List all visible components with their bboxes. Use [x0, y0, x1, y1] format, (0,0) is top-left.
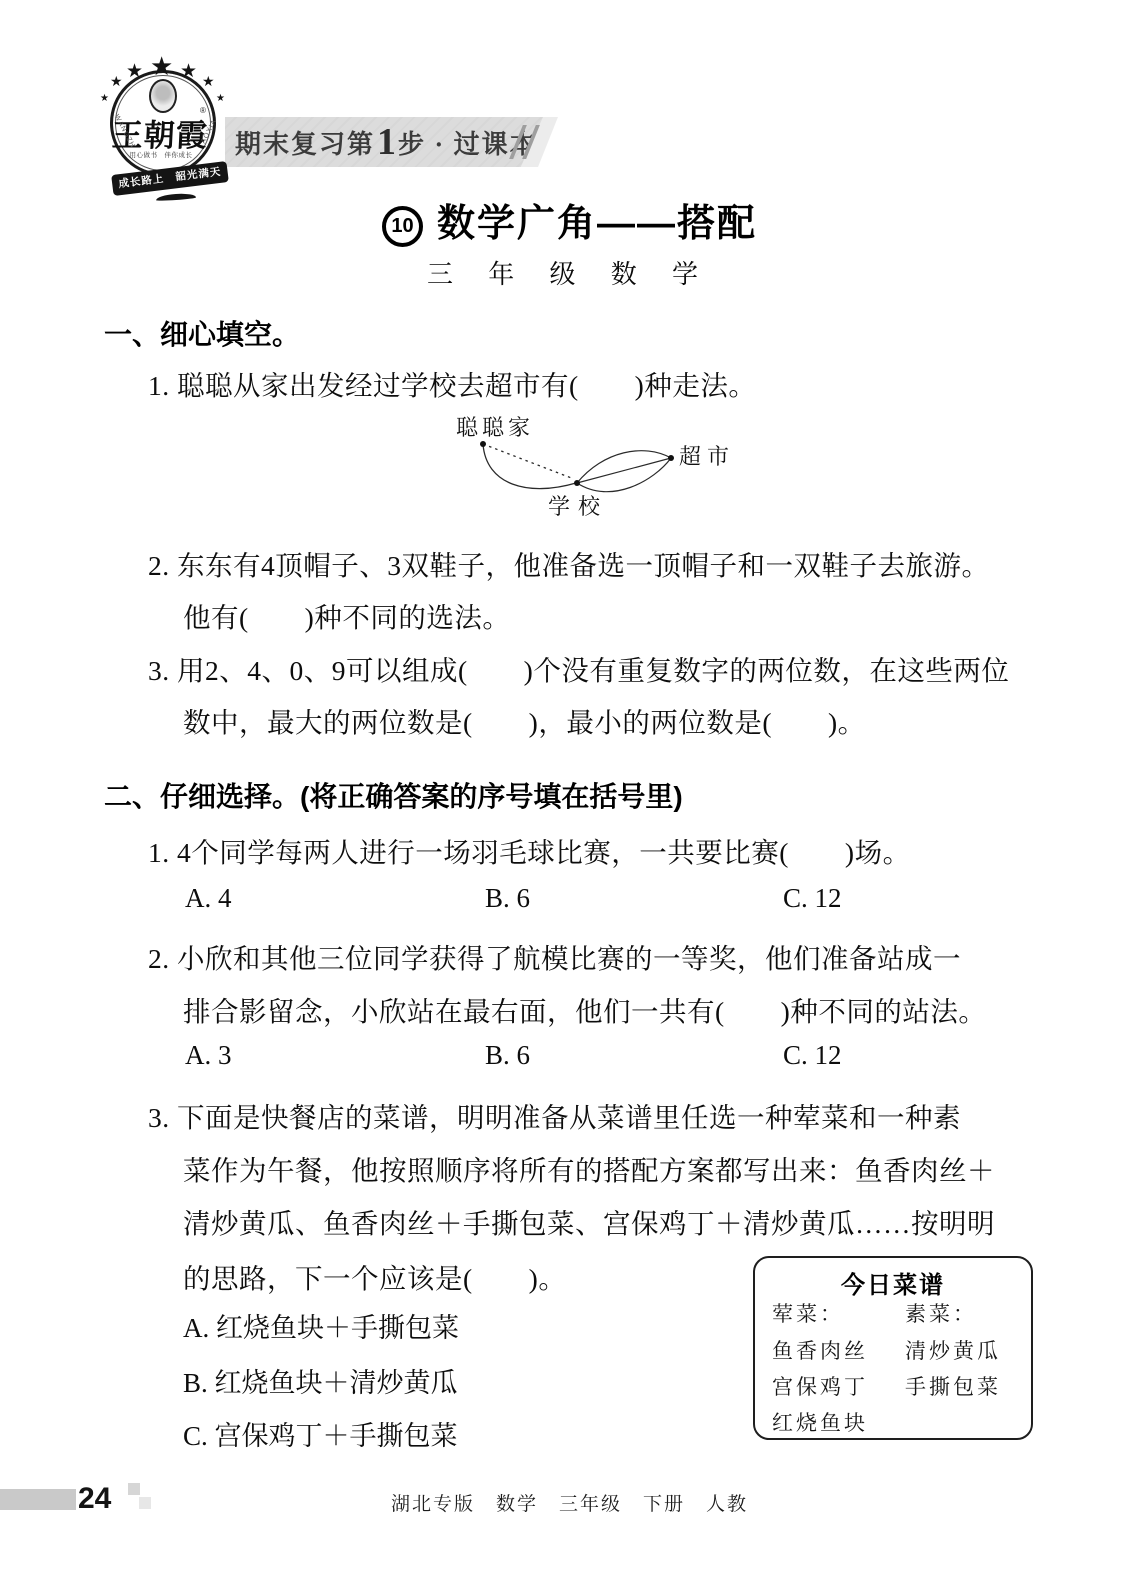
- banner-text-pre: 期末复习第: [235, 124, 375, 161]
- star-icon: ★: [150, 54, 173, 80]
- s2-q1-choice-a: A. 4: [185, 883, 232, 914]
- home-node: [480, 441, 486, 447]
- s1-question-3-line2: 数中，最大的两位数是( )，最小的两位数是( )。: [183, 700, 866, 740]
- page-subtitle: 三 年 级 数 学: [0, 254, 1139, 291]
- s2-q3-option-a: A. 红烧鱼块＋手撕包菜: [183, 1306, 459, 1345]
- menu-left-header: 荤菜：: [772, 1298, 844, 1328]
- menu-right-header: 素菜：: [905, 1298, 977, 1328]
- s2-q3-option-c: C. 宫保鸡丁＋手撕包菜: [183, 1414, 458, 1453]
- star-icon: ★: [110, 76, 123, 90]
- lesson-number-badge: 10: [382, 206, 423, 247]
- star-icon: ★: [126, 62, 143, 81]
- publisher-logo: ★ ★ ★ ★ ★ ★ ★ 王朝霞 ® 用心做书 伴你成长 WANGZH AOX…: [104, 62, 244, 212]
- s2-q2-choice-c: C. 12: [783, 1040, 842, 1071]
- s2-question-3-line2: 菜作为午餐，他按照顺序将所有的搭配方案都写出来：鱼香肉丝＋: [183, 1148, 995, 1188]
- market-node: [668, 455, 674, 461]
- menu-title: 今日菜谱: [755, 1265, 1031, 1300]
- s2-q1-choice-b: B. 6: [485, 883, 530, 914]
- registered-mark: ®: [200, 106, 206, 115]
- section-1-heading: 一、细心填空。: [104, 313, 300, 353]
- menu-left-item: 红烧鱼块: [772, 1407, 868, 1437]
- page-title-text: 数学广角——搭配: [437, 203, 757, 245]
- route-diagram: 聪聪家 超市 学校: [428, 413, 758, 528]
- portrait-icon: [149, 79, 177, 113]
- menu-left-item: 鱼香肉丝: [772, 1335, 868, 1365]
- s2-question-3-line3: 清炒黄瓜、鱼香肉丝＋手撕包菜、宫保鸡丁＋清炒黄瓜……按明明: [183, 1201, 995, 1241]
- home-label: 聪聪家: [456, 415, 534, 440]
- s2-question-3-line4: 的思路，下一个应该是( )。: [183, 1256, 566, 1296]
- header-banner: 期末复习第1步 · 过课本: [225, 117, 543, 167]
- menu-right-item: 手撕包菜: [905, 1371, 1001, 1401]
- s2-question-2-line2: 排合影留念，小欣站在最右面，他们一共有( )种不同的站法。: [183, 989, 986, 1029]
- school-node: [574, 480, 580, 486]
- s1-question-2-line2: 他有( )种不同的选法。: [183, 595, 510, 635]
- s2-question-3-line1: 3. 下面是快餐店的菜谱，明明准备从菜谱里任选一种荤菜和一种素: [148, 1095, 961, 1135]
- banner-step-number: 1: [377, 117, 396, 167]
- star-icon: ★: [100, 94, 109, 104]
- menu-right-item: 清炒黄瓜: [905, 1335, 1001, 1365]
- s2-q2-choice-b: B. 6: [485, 1040, 530, 1071]
- s2-q2-choice-a: A. 3: [185, 1040, 232, 1071]
- worksheet-page: 期末复习第1步 · 过课本 ★ ★ ★ ★ ★ ★ ★ 王朝霞 ® 用心做书 伴…: [0, 0, 1139, 1582]
- s1-question-2-line1: 2. 东东有4顶帽子、3双鞋子，他准备选一顶帽子和一双鞋子去旅游。: [148, 543, 990, 583]
- s1-question-3-line1: 3. 用2、4、0、9可以组成( )个没有重复数字的两位数，在这些两位: [148, 648, 1009, 688]
- footer-text: 湖北专版 数学 三年级 下册 人教: [0, 1489, 1139, 1516]
- section-2-heading: 二、仔细选择。(将正确答案的序号填在括号里): [104, 775, 683, 815]
- school-label: 学校: [548, 494, 608, 519]
- s1-question-1: 1. 聪聪从家出发经过学校去超市有( )种走法。: [148, 363, 756, 403]
- s2-q3-option-b: B. 红烧鱼块＋清炒黄瓜: [183, 1361, 458, 1400]
- menu-box: 今日菜谱 荤菜： 素菜： 鱼香肉丝 清炒黄瓜 宫保鸡丁 手撕包菜 红烧鱼块: [753, 1256, 1033, 1440]
- star-icon: ★: [202, 76, 215, 90]
- star-icon: ★: [180, 62, 197, 81]
- logo-micro-text: 用心做书 伴你成长: [118, 150, 204, 159]
- menu-left-item: 宫保鸡丁: [772, 1371, 868, 1401]
- s2-q1-choice-c: C. 12: [783, 883, 842, 914]
- s2-question-1: 1. 4个同学每两人进行一场羽毛球比赛，一共要比赛( )场。: [148, 830, 911, 870]
- page-title: 10数学广角——搭配: [0, 192, 1139, 247]
- market-label: 超市: [679, 444, 735, 469]
- star-icon: ★: [216, 94, 225, 104]
- s2-question-2-line1: 2. 小欣和其他三位同学获得了航模比赛的一等奖，他们准备站成一: [148, 936, 961, 976]
